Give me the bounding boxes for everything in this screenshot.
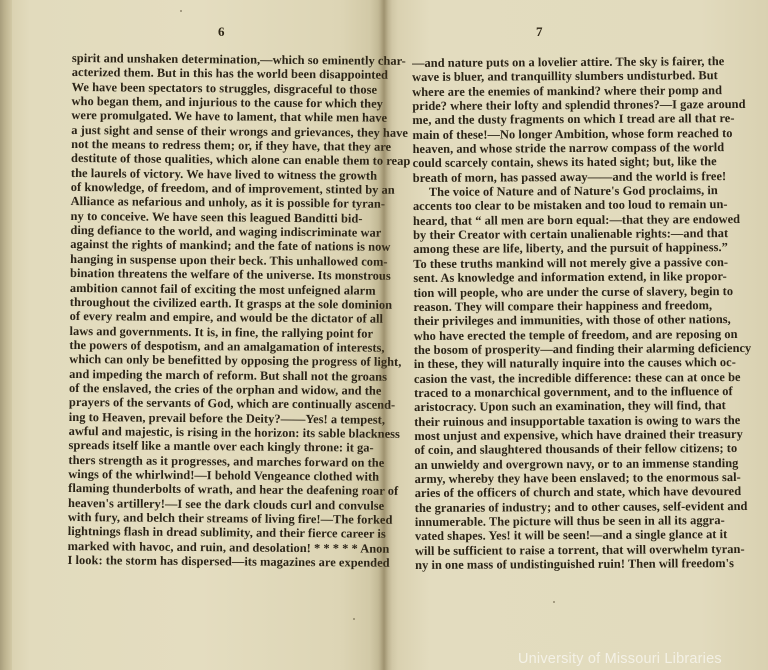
book-spread: 6 spirit and unshaken determination,—whi…: [0, 0, 768, 670]
paper-speck: [180, 10, 182, 12]
left-page-text: spirit and unshaken determination,—which…: [67, 51, 363, 570]
paper-speck: [553, 601, 555, 603]
text-line: vated shapes. Yes! it will be seen!—and …: [415, 528, 713, 544]
text-line: could scarcely contain, shews its hated …: [413, 155, 711, 171]
library-watermark: University of Missouri Libraries: [518, 651, 722, 667]
text-line: wave is bluer, and tranquillity slumbers…: [412, 69, 710, 85]
text-line: among these are life, liberty, and the p…: [413, 241, 711, 257]
page-number-left: 6: [218, 24, 225, 40]
text-line: of coin, and slaughtered thousands of th…: [414, 441, 712, 457]
text-line: me, and the dusty fragments on which I t…: [412, 112, 710, 128]
text-line: their privileges and immunities, with th…: [414, 312, 712, 328]
text-line: accents too clear to be mistaken and too…: [413, 198, 711, 214]
paper-speck: [353, 618, 355, 620]
book-gutter: [370, 0, 398, 670]
left-page: 6 spirit and unshaken determination,—whi…: [0, 0, 384, 670]
text-line: aries of the officers of church and stat…: [415, 484, 713, 500]
text-line: aristocracy. Upon such an examination, t…: [414, 398, 712, 414]
text-line: sent. As knowledge and information exten…: [413, 269, 711, 285]
right-page-text: —and nature puts on a lovelier attire. T…: [412, 54, 713, 572]
text-line: tion will people, who are under the curs…: [413, 284, 711, 300]
text-line: I look: the storm has dispersed—its maga…: [67, 553, 359, 570]
text-line: ny in one mass of undistinguished ruin! …: [415, 556, 713, 572]
text-line: in these, they will naturally inquire in…: [414, 355, 712, 371]
page-number-right: 7: [536, 24, 543, 40]
right-page: 7 —and nature puts on a lovelier attire.…: [384, 0, 768, 670]
